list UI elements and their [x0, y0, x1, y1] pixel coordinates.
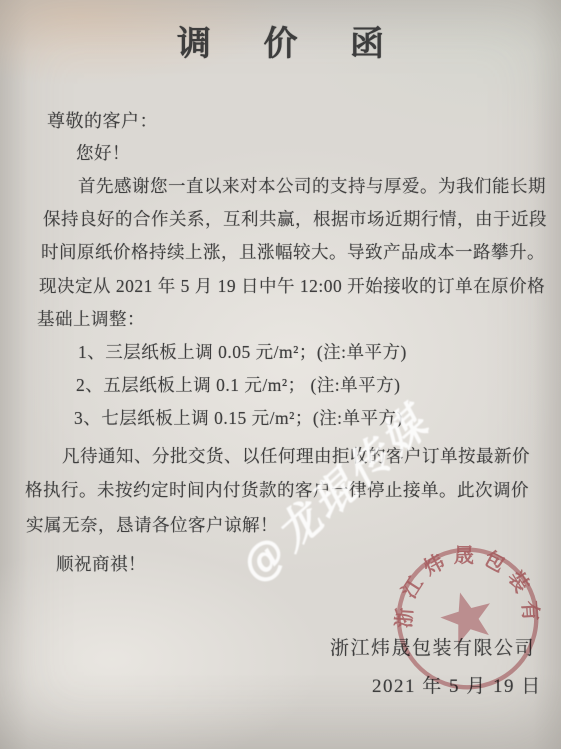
- letter-photo: 调 价 函 尊敬的客户： 您好！ 首先感谢您一直以来对本公司的支持与厚爱。为我们…: [0, 0, 561, 749]
- body-line: 基础上调整：: [37, 306, 145, 331]
- salutation: 尊敬的客户：: [47, 107, 158, 133]
- price-item: 3、七层纸板上调 0.15 元/m²；(注:单平方): [74, 405, 403, 430]
- body-line: 现决定从 2021 年 5 月 19 日中午 12:00 开始接收的订单在原价格: [39, 273, 545, 298]
- body-line: 时间原纸价格持续上涨，且涨幅较大。导致产品成本一路攀升。: [41, 239, 545, 264]
- body-line: 保持良好的合作关系，互利共赢，根据市场近期行情，由于近段: [43, 206, 547, 231]
- closing-line: 顺祝商祺！: [56, 551, 146, 576]
- page-title: 调 价 函: [0, 16, 561, 65]
- company-seal: 浙江炜晟包装有限公司: [380, 531, 555, 706]
- greeting-line: 您好！: [76, 140, 130, 165]
- price-item: 2、五层纸板上调 0.1 元/m²； (注:单平方): [76, 372, 401, 397]
- body-line: 首先感谢您一直以来对本公司的支持与厚爱。为我们能长期: [78, 173, 546, 198]
- body-line: 凡待通知、分批交货、以任何理由拒收的客户订单按最新价: [62, 443, 530, 468]
- seal-star-icon: [437, 589, 495, 646]
- body-line: 实属无奈，恳请各位客户谅解！: [26, 512, 278, 537]
- price-item: 1、三层纸板上调 0.05 元/m²；(注:单平方): [78, 339, 407, 364]
- body-line: 格执行。未按约定时间内付货款的客户一律停止接单。此次调价: [25, 477, 529, 502]
